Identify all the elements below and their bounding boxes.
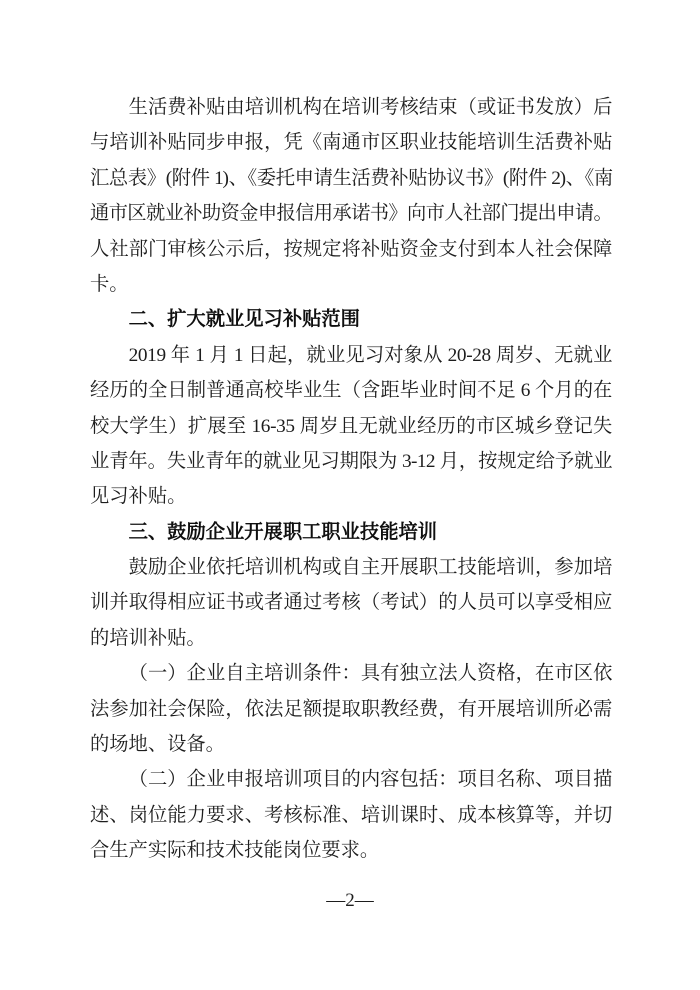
body-text-line: 汇总表》(附件 1)、《委托申请生活费补贴协议书》(附件 2)、《南 xyxy=(90,161,612,196)
body-text-line: （一）企业自主培训条件：具有独立法人资格，在市区依 xyxy=(90,656,612,691)
body-text-line: 合生产实际和技术技能岗位要求。 xyxy=(90,833,612,868)
body-text-line: 生活费补贴由培训机构在培训考核结束（或证书发放）后 xyxy=(90,90,612,125)
body-text-line: 卡。 xyxy=(90,267,612,302)
body-text-line: 2019 年 1 月 1 日起，就业见习对象从 20-28 周岁、无就业 xyxy=(90,338,612,373)
body-text-line: 的场地、设备。 xyxy=(90,727,612,762)
body-text-line: 见习补贴。 xyxy=(90,479,612,514)
body-text-line: 通市区就业补助资金申报信用承诺书》向市人社部门提出申请。 xyxy=(90,196,612,231)
page-number: —2— xyxy=(0,889,700,913)
body-text-line: 校大学生）扩展至 16-35 周岁且无就业经历的市区城乡登记失 xyxy=(90,409,612,444)
body-text-line: 法参加社会保险，依法足额提取职教经费，有开展培训所必需 xyxy=(90,692,612,727)
section-heading: 三、鼓励企业开展职工职业技能培训 xyxy=(90,515,612,550)
body-text-line: 的培训补贴。 xyxy=(90,621,612,656)
body-text-line: 述、岗位能力要求、考核标准、培训课时、成本核算等，并切 xyxy=(90,798,612,833)
body-text-line: 经历的全日制普通高校毕业生（含距毕业时间不足 6 个月的在 xyxy=(90,373,612,408)
body-text-line: 训并取得相应证书或者通过考核（考试）的人员可以享受相应 xyxy=(90,585,612,620)
document-page: 生活费补贴由培训机构在培训考核结束（或证书发放）后与培训补贴同步申报，凭《南通市… xyxy=(0,0,700,990)
body-text-line: 人社部门审核公示后，按规定将补贴资金支付到本人社会保障 xyxy=(90,232,612,267)
document-content: 生活费补贴由培训机构在培训考核结束（或证书发放）后与培训补贴同步申报，凭《南通市… xyxy=(90,90,612,869)
body-text-line: 鼓励企业依托培训机构或自主开展职工技能培训，参加培 xyxy=(90,550,612,585)
body-text-line: 与培训补贴同步申报，凭《南通市区职业技能培训生活费补贴 xyxy=(90,125,612,160)
section-heading: 二、扩大就业见习补贴范围 xyxy=(90,302,612,337)
body-text-line: 业青年。失业青年的就业见习期限为 3-12 月，按规定给予就业 xyxy=(90,444,612,479)
body-text-line: （二）企业申报培训项目的内容包括：项目名称、项目描 xyxy=(90,762,612,797)
